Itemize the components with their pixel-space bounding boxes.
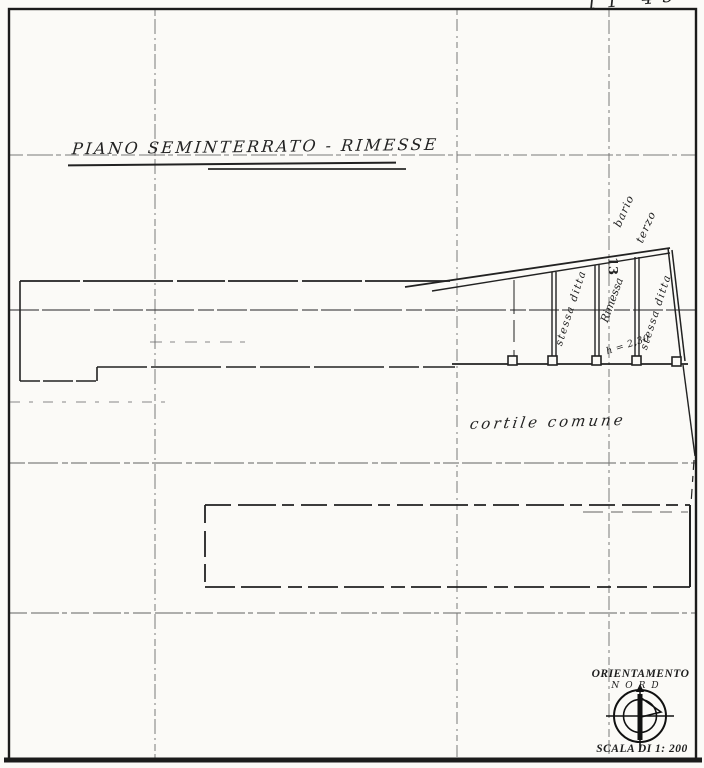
fold-grid-lines: [9, 9, 696, 760]
property-boundary: [683, 365, 695, 504]
scale-label: SCALA DI 1: 200: [583, 743, 701, 755]
sheet-frame: [4, 9, 702, 760]
floor-plan-drawing: [0, 0, 704, 768]
garage-number: 13: [605, 257, 620, 275]
compass-title: ORIENTAMENTO: [583, 668, 698, 680]
lower-building-dashed: [205, 505, 690, 587]
faint-guide-lines: [10, 342, 255, 402]
scanned-floor-plan-page: 11 45 PIANO SEMINTERRATO - RIMESSE bario…: [0, 0, 704, 768]
compass-north-label: NORD: [583, 681, 693, 691]
title-underline-secondary: [208, 168, 406, 170]
north-compass-icon: [606, 684, 674, 750]
